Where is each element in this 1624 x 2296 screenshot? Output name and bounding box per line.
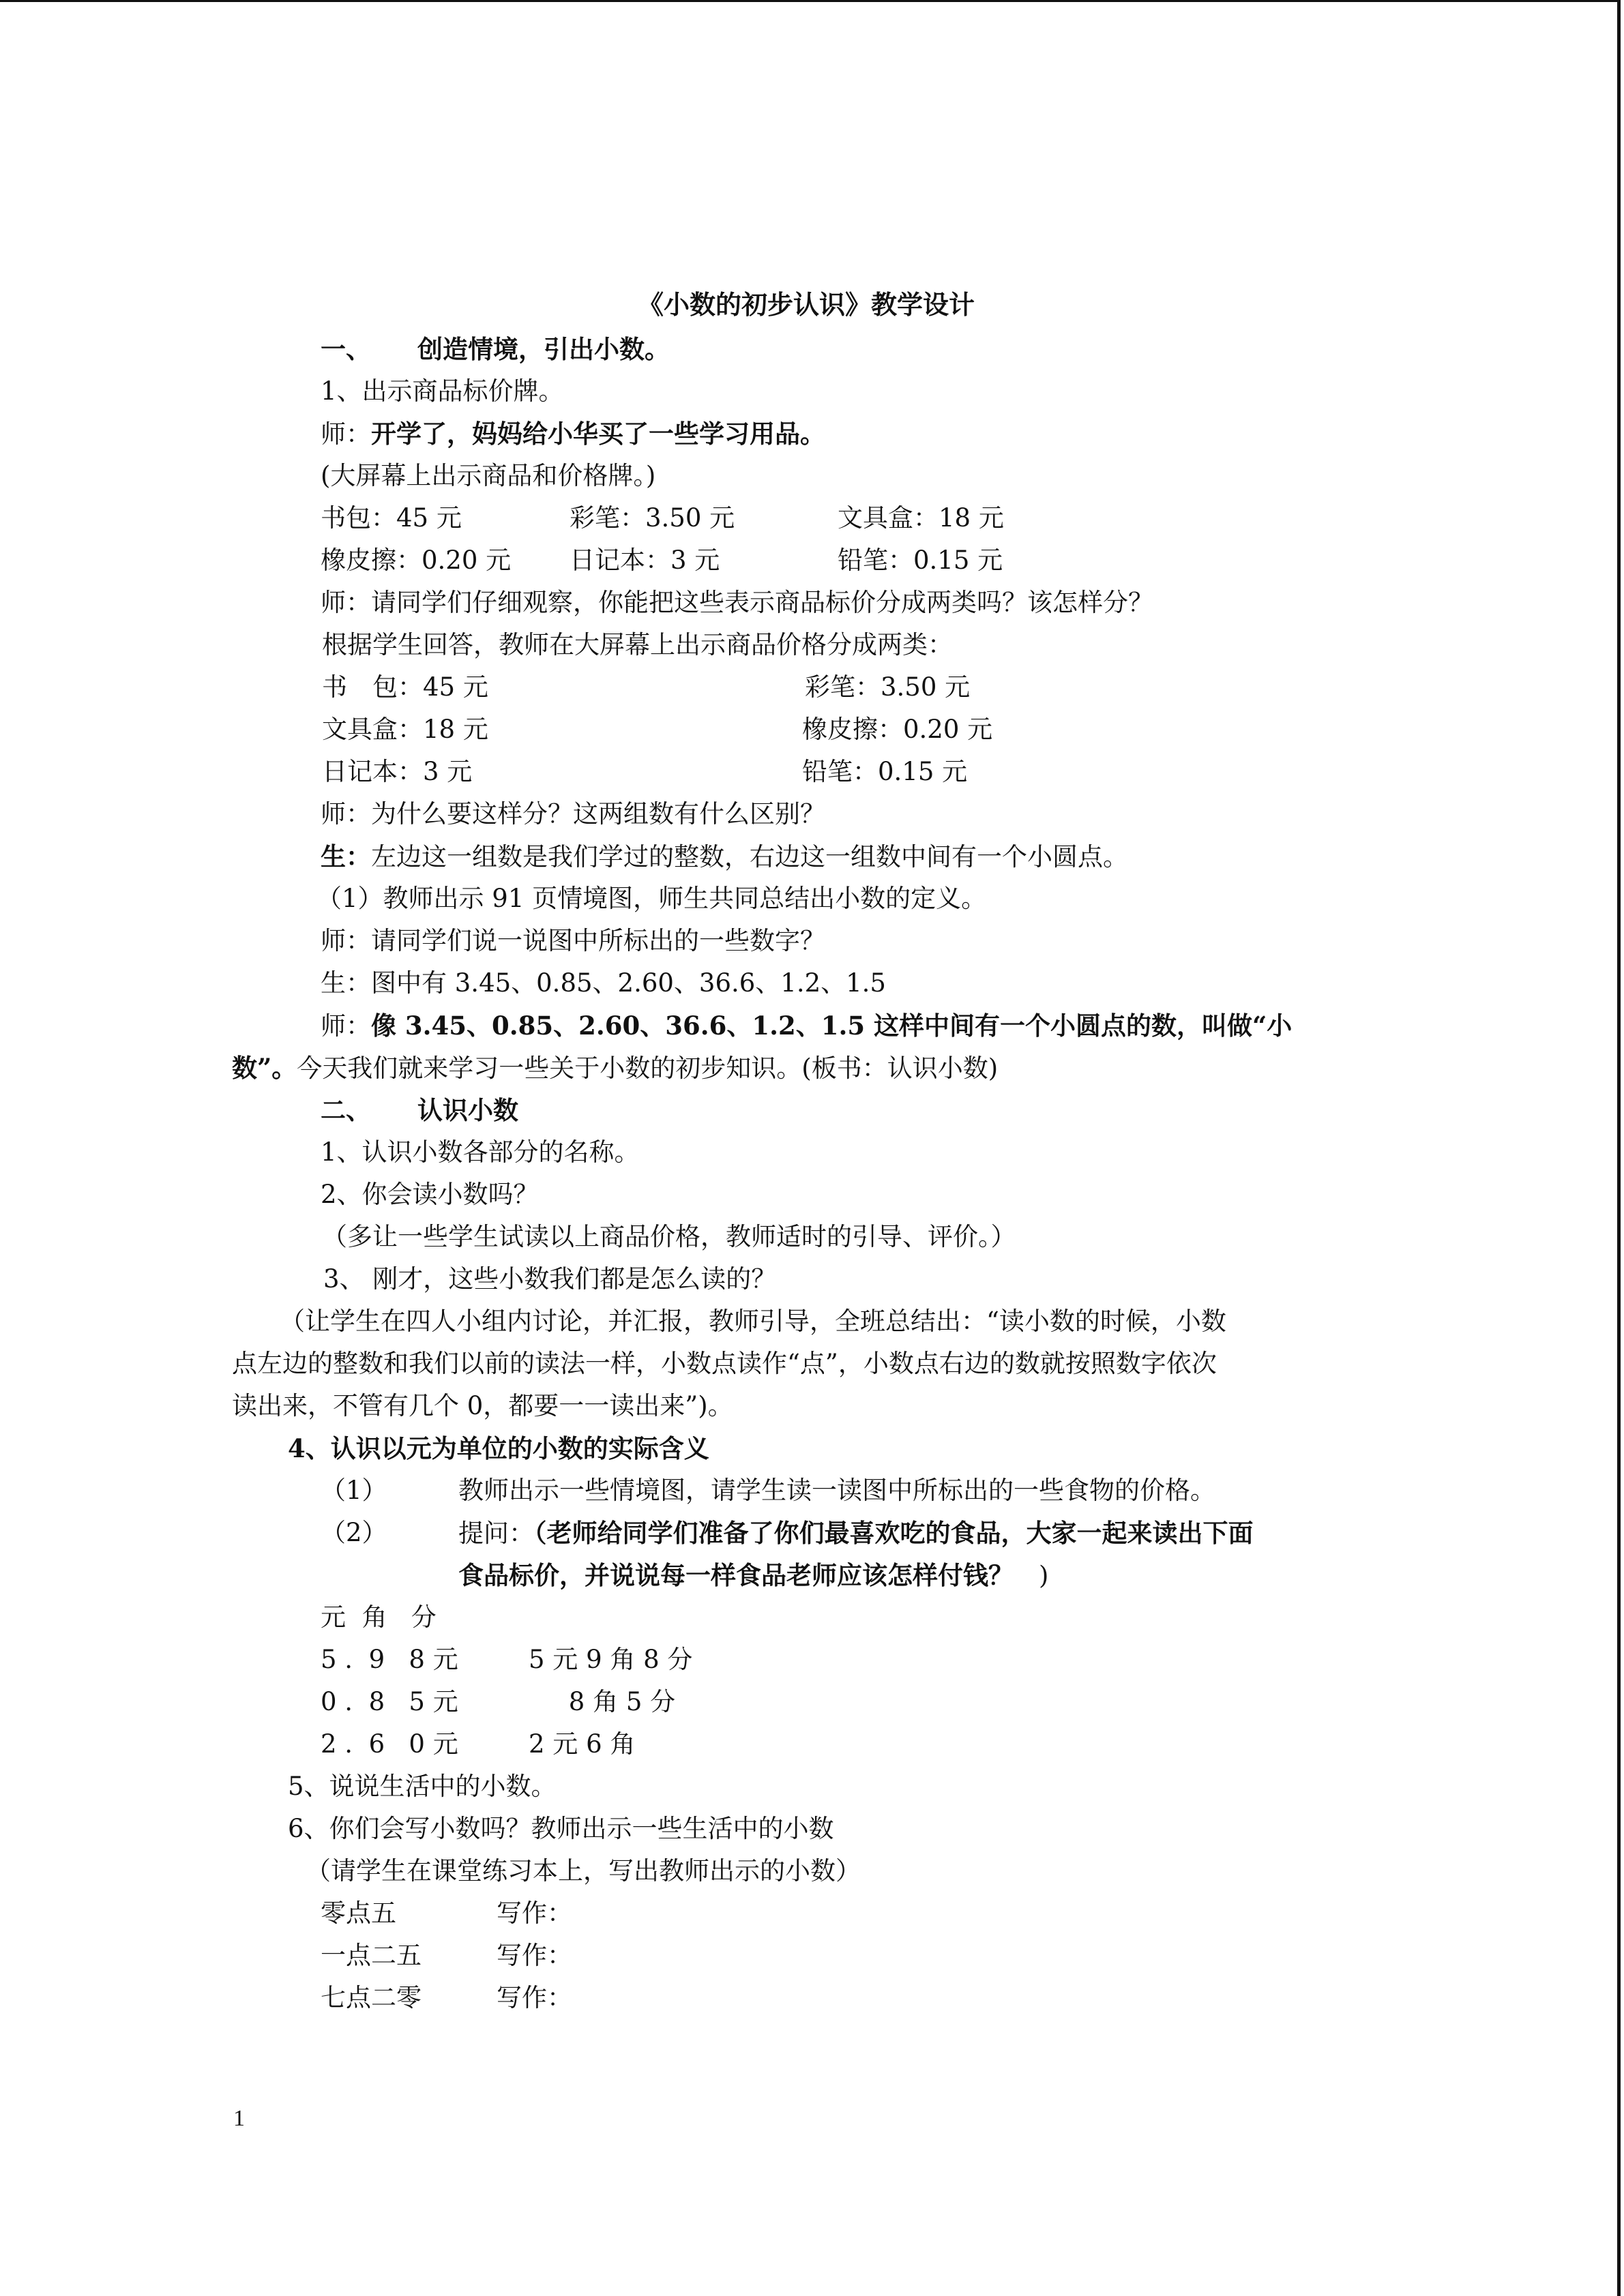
unit-row-breakdown: 2 元 6 角	[529, 1728, 635, 1761]
classify-note: 根据学生回答，教师在大屏幕上出示商品价格分成两类：	[322, 629, 953, 661]
teacher-def-cont-bold: 数”。	[232, 1053, 297, 1083]
section2-item6-note: （请学生在课堂练习本上，写出教师出示的小数）	[306, 1855, 861, 1888]
item4-sub2-prefix: 提问：	[458, 1519, 534, 1548]
teacher-why: 师：为什么要这样分？这两组数有什么区别？	[321, 798, 825, 831]
teacher-definition: 师：像 3.45、0.85、2.60、36.6、1.2、1.5 这样中间有一个小…	[321, 1009, 1292, 1043]
classified-cell: 日记本：3 元	[322, 756, 472, 788]
section2-heading: 认识小数	[417, 1094, 518, 1127]
unit-row-breakdown: 8 角 5 分	[529, 1686, 675, 1718]
write-row-label: 一点二五	[321, 1939, 422, 1972]
item4-sub2-line1: 提问：（老师给同学们准备了你们最喜欢吃的食品，大家一起来读出下面	[458, 1517, 1254, 1550]
item3-note-line: （让学生在四人小组内讨论，并汇报，教师引导，全班总结出：“读小数的时候，小数	[280, 1305, 1226, 1338]
item4-sub1-number: （1）	[321, 1474, 387, 1507]
price-cell: 文具盒：18 元	[838, 502, 1004, 535]
item4-sub2-bold-line1: （老师给同学们准备了你们最喜欢吃的食品，大家一起来读出下面	[534, 1518, 1254, 1548]
page-number: 1	[233, 2102, 245, 2135]
unit-row-decimal: 5 . 9 8 元	[321, 1643, 458, 1676]
student-answer-text: 左边这一组数是我们学过的整数，右边这一组数中间有一个小圆点。	[371, 842, 1128, 871]
classified-cell: 彩笔：3.50 元	[805, 671, 970, 704]
section1-item1: 1、出示商品标价牌。	[321, 375, 564, 408]
price-cell: 铅笔：0.15 元	[838, 544, 1003, 577]
item3-note-line: 读出来，不管有几个 0，都要一一读出来”)。	[232, 1390, 733, 1422]
price-cell: 书包：45 元	[321, 502, 462, 535]
student-answer: 生：左边这一组数是我们学过的整数，右边这一组数中间有一个小圆点。	[321, 840, 1128, 874]
classified-cell: 文具盒：18 元	[322, 713, 488, 746]
unit-header: 元 角 分	[321, 1601, 437, 1634]
classified-cell: 橡皮擦：0.20 元	[802, 713, 992, 746]
teacher-def-prefix: 师：	[321, 1011, 371, 1041]
section2-item4: 4、认识以元为单位的小数的实际含义	[288, 1432, 709, 1465]
write-row-label: 零点五	[321, 1897, 396, 1930]
sub-item-1: （1）教师出示 91 页情境图，师生共同总结出小数的定义。	[316, 882, 986, 915]
unit-row-decimal: 2 . 6 0 元	[321, 1728, 458, 1761]
document-title: 《小数的初步认识》教学设计	[638, 288, 975, 321]
unit-row-decimal: 0 . 8 5 元	[321, 1686, 458, 1718]
student-numbers: 生：图中有 3.45、0.85、2.60、36.6、1.2、1.5	[321, 967, 886, 1000]
price-cell: 橡皮擦：0.20 元	[321, 544, 511, 577]
teacher-ask-numbers: 师：请同学们说一说图中所标出的一些数字？	[321, 925, 825, 957]
section2-item2-note: （多让一些学生试读以上商品价格，教师适时的引导、评价。）	[322, 1221, 1016, 1253]
section2-heading-number: 二、	[321, 1094, 371, 1127]
teacher-question: 师：请同学们仔细观察，你能把这些表示商品标价分成两类吗？该怎样分？	[321, 586, 1153, 619]
write-row-field: 写作：	[497, 1939, 572, 1972]
teacher-definition-cont: 数”。今天我们就来学习一些关于小数的初步知识。(板书：认识小数)	[232, 1052, 998, 1085]
teacher-intro-prefix: 师：	[321, 419, 371, 449]
screen-note: (大屏幕上出示商品和价格牌。)	[321, 460, 655, 492]
section1-heading: 创造情境，引出小数。	[417, 333, 670, 366]
section2-item1: 1、认识小数各部分的名称。	[321, 1136, 640, 1169]
classified-cell: 书 包：45 元	[322, 671, 488, 704]
write-row-field: 写作：	[497, 1982, 572, 2014]
unit-row-breakdown: 5 元 9 角 8 分	[529, 1643, 692, 1676]
item4-sub2-bold-line2: 食品标价，并说说每一样食品老师应该怎样付钱？	[458, 1560, 1014, 1590]
student-prefix: 生：	[321, 841, 371, 871]
item4-sub2-line2: 食品标价，并说说每一样食品老师应该怎样付钱？ )	[458, 1559, 1048, 1592]
price-cell: 彩笔：3.50 元	[570, 502, 735, 535]
item4-sub1-text: 教师出示一些情境图，请学生读一读图中所标出的一些食物的价格。	[458, 1474, 1215, 1507]
section2-item2: 2、你会读小数吗？	[321, 1178, 539, 1211]
document-page: 《小数的初步认识》教学设计 一、 创造情境，引出小数。 1、出示商品标价牌。 师…	[0, 0, 1621, 2296]
write-row-label: 七点二零	[321, 1982, 422, 2014]
teacher-def-cont-text: 今天我们就来学习一些关于小数的初步知识。(板书：认识小数)	[297, 1054, 998, 1083]
classified-cell: 铅笔：0.15 元	[802, 756, 967, 788]
item4-sub2-close: )	[1014, 1561, 1048, 1590]
section2-item3: 3、 刚才，这些小数我们都是怎么读的？	[323, 1263, 776, 1296]
teacher-def-text: 像 3.45、0.85、2.60、36.6、1.2、1.5 这样中间有一个小圆点…	[371, 1011, 1292, 1041]
section2-item5: 5、说说生活中的小数。	[288, 1770, 557, 1803]
teacher-intro-text: 开学了，妈妈给小华买了一些学习用品。	[371, 419, 825, 449]
section1-heading-number: 一、	[321, 333, 371, 366]
item4-sub2-number: （2）	[321, 1517, 387, 1549]
item3-note-line: 点左边的整数和我们以前的读法一样，小数点读作“点”，小数点右边的数就按照数字依次	[232, 1347, 1217, 1380]
write-row-field: 写作：	[497, 1897, 572, 1930]
section2-item6: 6、你们会写小数吗？教师出示一些生活中的小数	[288, 1813, 834, 1845]
price-cell: 日记本：3 元	[570, 544, 720, 577]
teacher-intro: 师：开学了，妈妈给小华买了一些学习用品。	[321, 417, 825, 451]
